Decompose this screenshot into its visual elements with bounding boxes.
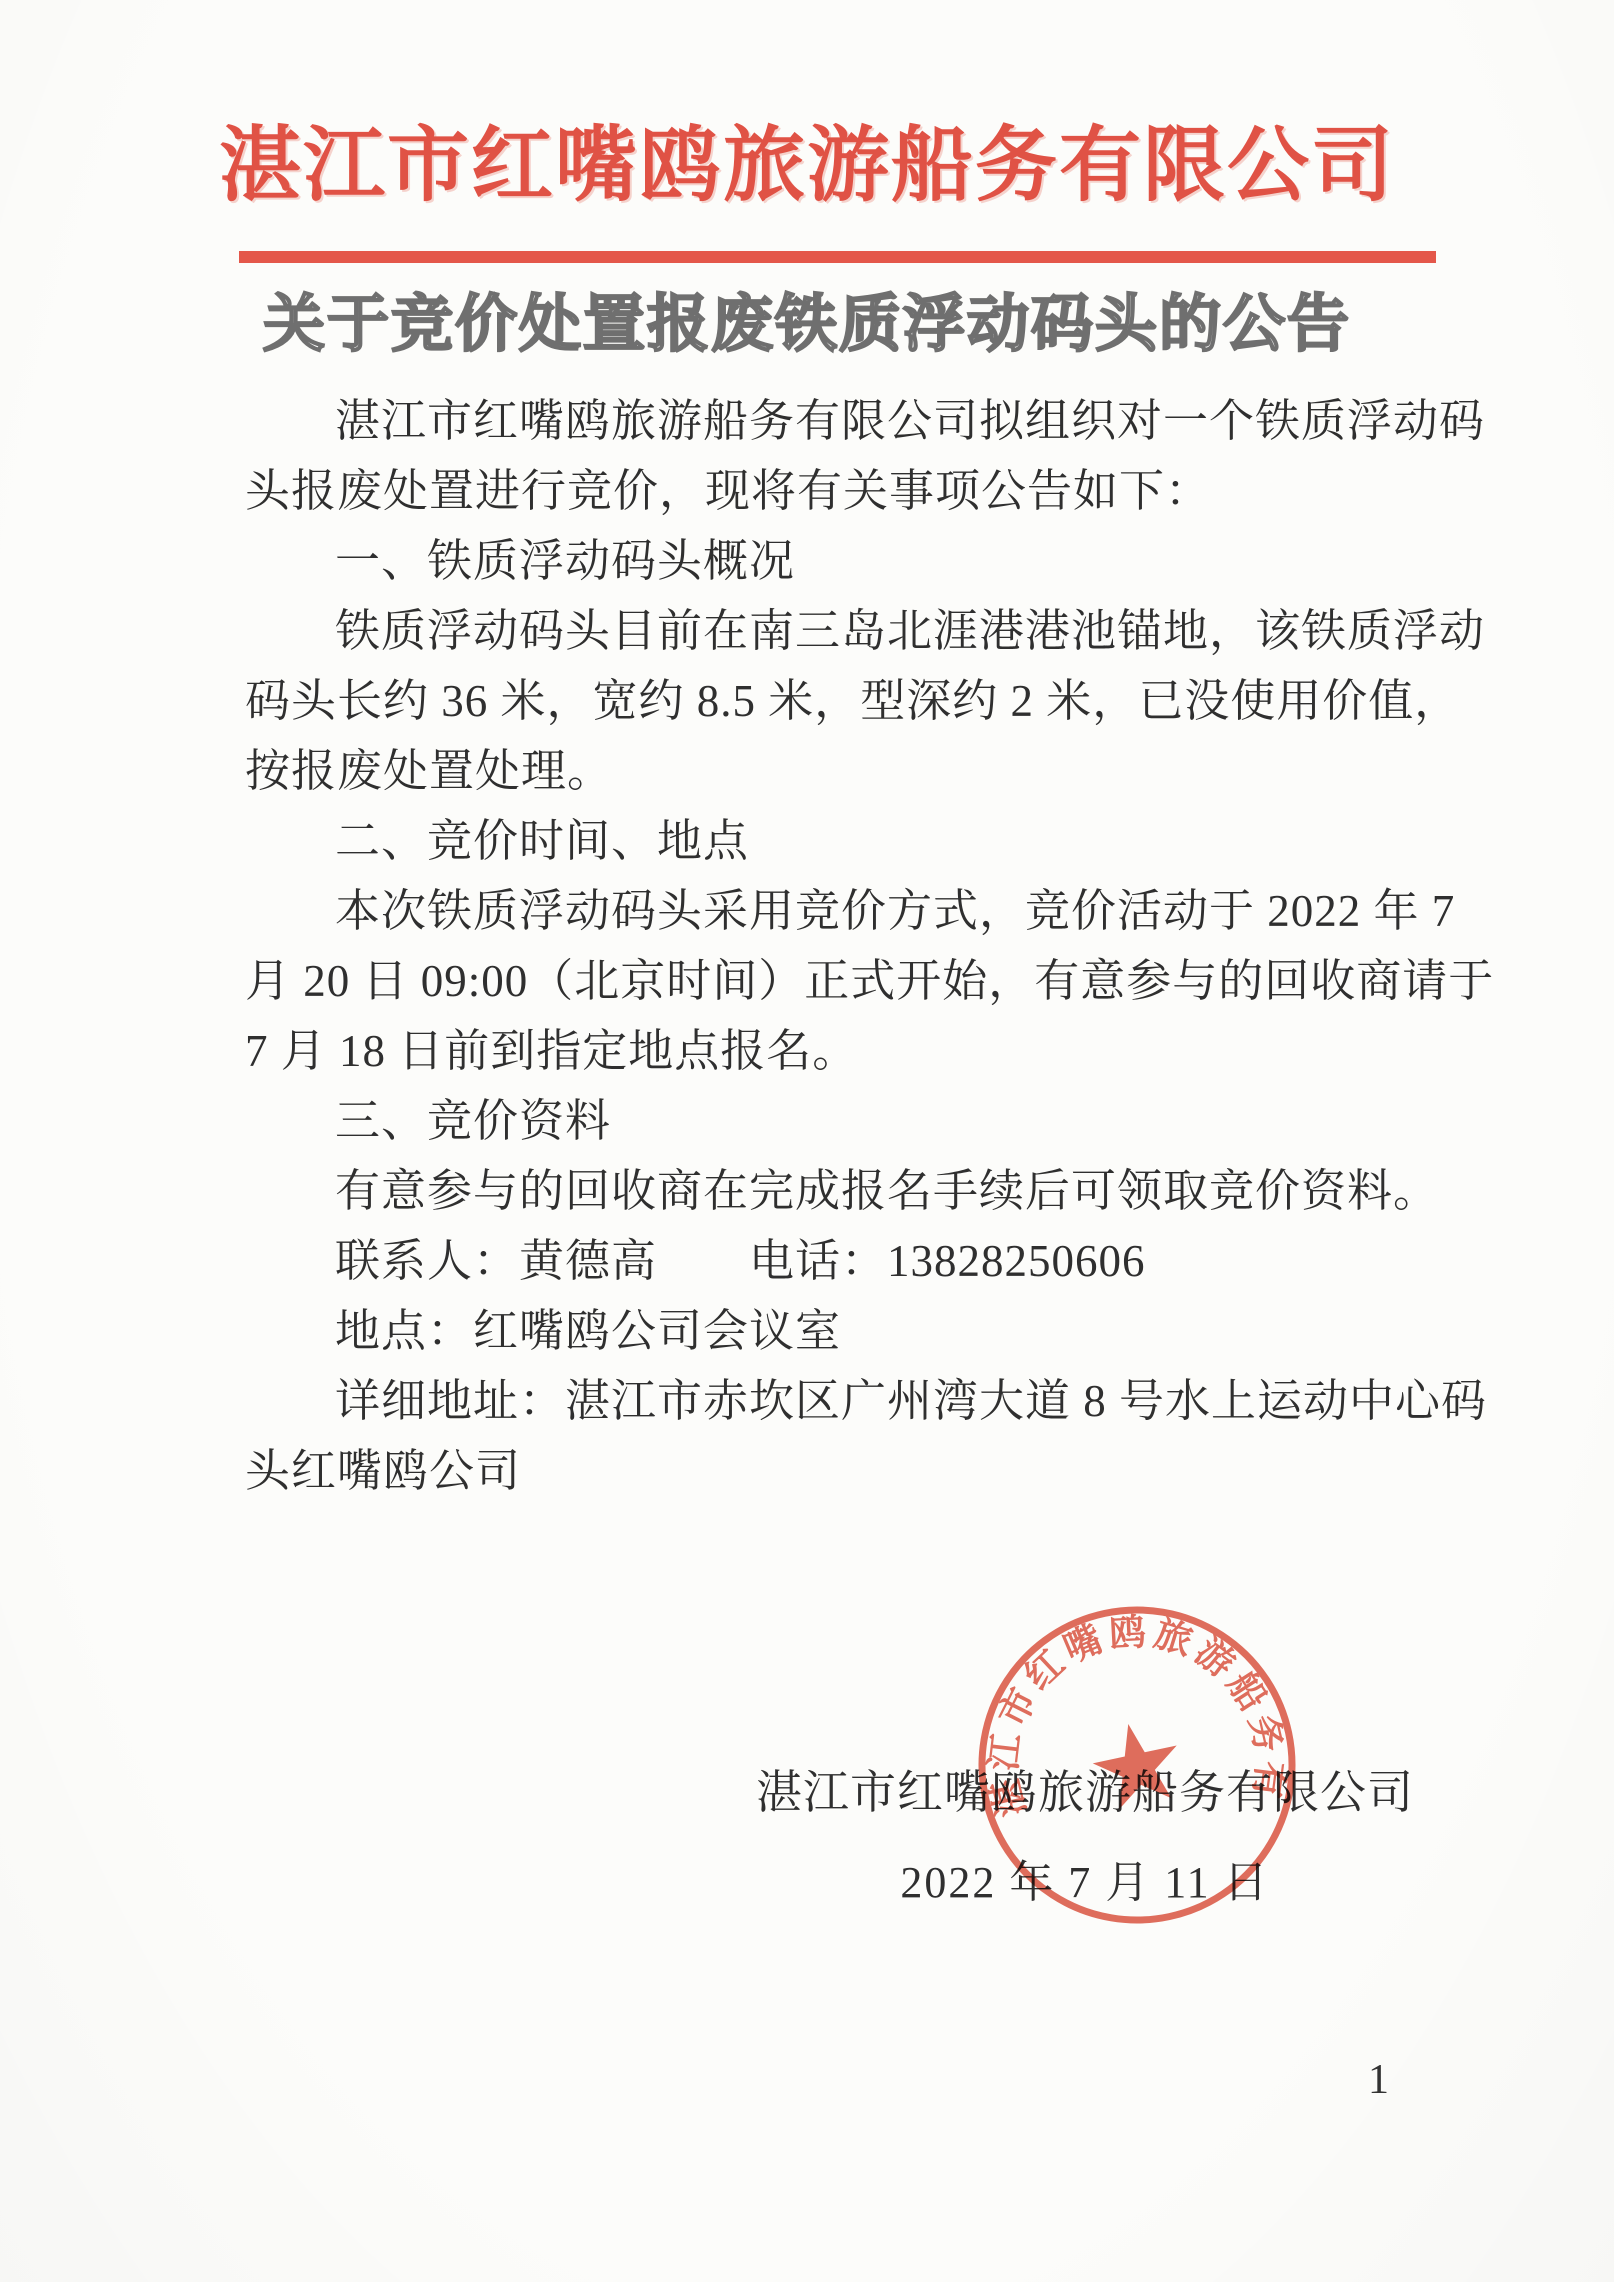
announcement-title: 关于竞价处置报废铁质浮动码头的公告 xyxy=(0,274,1614,363)
letterhead-divider-rule xyxy=(239,251,1436,263)
company-seal-stamp: 湛江市红嘴鸥旅游船务有限公司 ★ xyxy=(932,1560,1342,1970)
body-line: 湛江市红嘴鸥旅游船务有限公司拟组织对一个铁质浮动码 xyxy=(245,386,1445,456)
body-line: 本次铁质浮动码头采用竞价方式，竞价活动于 2022 年 7 xyxy=(245,876,1445,946)
address-line-continued: 头红嘴鸥公司 xyxy=(245,1436,1445,1506)
page-number: 1 xyxy=(1368,2056,1389,2104)
announcement-body: 湛江市红嘴鸥旅游船务有限公司拟组织对一个铁质浮动码 头报废处置进行竞价，现将有关… xyxy=(245,386,1445,1506)
body-line: 码头长约 36 米，宽约 8.5 米，型深约 2 米，已没使用价值， xyxy=(245,666,1445,736)
scanned-document-page: 湛江市红嘴鸥旅游船务有限公司 关于竞价处置报废铁质浮动码头的公告 湛江市红嘴鸥旅… xyxy=(0,0,1614,2282)
body-line: 头报废处置进行竞价，现将有关事项公告如下： xyxy=(245,456,1445,526)
body-line: 月 20 日 09:00（北京时间）正式开始，有意参与的回收商请于 xyxy=(245,946,1445,1016)
location-line: 地点：红嘴鸥公司会议室 xyxy=(245,1296,1445,1366)
section-heading-3: 三、竞价资料 xyxy=(245,1086,1445,1156)
body-line: 按报废处置处理。 xyxy=(245,736,1445,806)
company-letterhead-title: 湛江市红嘴鸥旅游船务有限公司 xyxy=(0,100,1614,217)
address-line: 详细地址：湛江市赤坎区广州湾大道 8 号水上运动中心码 xyxy=(245,1366,1445,1436)
body-line: 有意参与的回收商在完成报名手续后可领取竞价资料。 xyxy=(245,1156,1445,1226)
body-line: 7 月 18 日前到指定地点报名。 xyxy=(245,1016,1445,1086)
section-heading-1: 一、铁质浮动码头概况 xyxy=(245,526,1445,596)
seal-star-icon: ★ xyxy=(1075,1692,1200,1840)
body-line: 铁质浮动码头目前在南三岛北涯港港池锚地，该铁质浮动 xyxy=(245,596,1445,666)
contact-line: 联系人：黄德高 电话：13828250606 xyxy=(245,1226,1445,1296)
section-heading-2: 二、竞价时间、地点 xyxy=(245,806,1445,876)
